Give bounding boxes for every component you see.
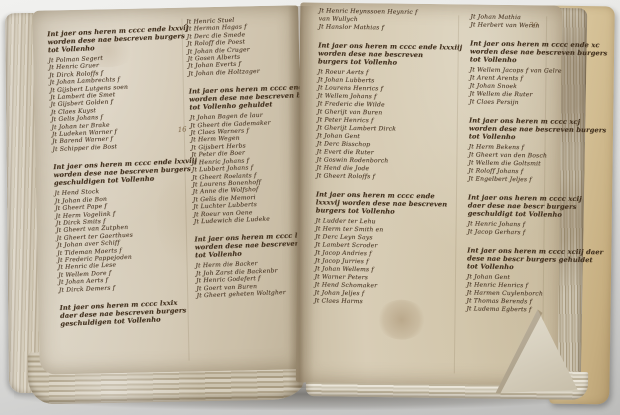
entry-line: Jt Hanslor Mathias f xyxy=(318,23,464,33)
header-line: burgers tot Vollenho xyxy=(318,57,464,67)
header-line: tot Vollenho xyxy=(469,132,565,141)
burgher-name-list: Jt Johan GentJt Henric Henrics fJt Harme… xyxy=(466,273,563,314)
year-heading: Int jaer ons heren m cccc ende xcworden … xyxy=(470,39,566,64)
marginal-note: 16 xyxy=(177,125,187,134)
left-page: Int jaer ons heren m cccc ende lxxvijwor… xyxy=(32,5,306,374)
year-heading: Int jaer ons heren m cccc xcijdaer dese … xyxy=(468,193,564,218)
manuscript-column-left-1: Int jaer ons heren m cccc ende lxxvijwor… xyxy=(47,24,202,328)
year-heading: Int jaer ons heren m cccc endelxxxvij wo… xyxy=(316,190,462,216)
entry-line: Jt Herbert van Weren xyxy=(470,21,566,30)
entry-line: Jt Claes Harms xyxy=(314,297,460,307)
year-heading: Int jaer ons heren m cccc xcjworden dese… xyxy=(469,116,565,141)
year-heading: Int jaer ons heren m cccc ende lxxvijwor… xyxy=(47,24,190,54)
year-heading: Int jaer ons heren m cccc lxxixdaer dese… xyxy=(59,298,202,328)
year-heading: Int jaer ons heren m cccc ende lxxxworde… xyxy=(189,84,302,112)
burgher-name-list: Jt Hend StockJt Johan die BonJt Gheert P… xyxy=(54,184,201,294)
header-line: tot Vollenho xyxy=(470,55,566,64)
right-page: Jt Henric Heynssoen Heynric fvan Wullych… xyxy=(296,2,563,385)
burgher-name-list: Jt Herm Bekens fJt Gheert van den BoschJ… xyxy=(468,143,565,184)
manuscript-photo: Int jaer ons heren m cccc ende lxxvijwor… xyxy=(0,0,620,415)
burgher-name-list: Jt Johan MathiaJt Herbert van Weren xyxy=(470,13,566,30)
burgher-name-list: Jt Polman SegertJt Henric GruerJt Dirck … xyxy=(48,51,194,154)
page-number: 30 xyxy=(529,21,538,29)
burgher-name-list: Jt Wellem Jacops f van GelreJt Arent Are… xyxy=(469,66,566,107)
year-heading: Int jaer ons heren m cccc xciij daerdese… xyxy=(467,246,563,271)
header-line: tot Vollenho xyxy=(467,262,563,271)
burgher-name-list: Jt Roeur Aerts fJt Johan LubbertsJt Lour… xyxy=(316,68,464,182)
burgher-name-list: Jt Henric Heynssoen Heynric fvan Wullych… xyxy=(318,7,464,33)
entry-line: Jt Jacop Gerhars f xyxy=(467,228,563,237)
gutter-shadow xyxy=(288,6,314,388)
entry-line: Jt Engelbert Jeljes f xyxy=(468,175,564,184)
burgher-name-list: Jt Henric Johans fJt Jacop Gerhars f xyxy=(467,220,563,237)
year-heading: Int jaer ons heren m cccc ende lxxviijwo… xyxy=(53,157,196,187)
entry-line: Jt Claes Persijn xyxy=(469,98,565,107)
manuscript-column-right-1: Jt Henric Heynssoen Heynric fvan Wullych… xyxy=(314,7,465,307)
entry-line: Jt Ludema Egberts f xyxy=(466,305,562,314)
manuscript-column-right-2: Jt Johan MathiaJt Herbert van WerenInt j… xyxy=(466,13,566,314)
entry-line: Jt Gheert Roloffs f xyxy=(316,172,462,182)
header-line: geschuldigt tot Vollenho xyxy=(468,209,564,218)
burgher-name-list: Jt Henric StuelJt Herman Hagas fJt Derc … xyxy=(186,14,300,78)
burgher-name-list: Jt Ludder ter LehuJt Herm ter Smith enJt… xyxy=(314,217,461,307)
year-heading: Int jaer ons heren m cccc ende lxxxiijwo… xyxy=(318,41,464,67)
